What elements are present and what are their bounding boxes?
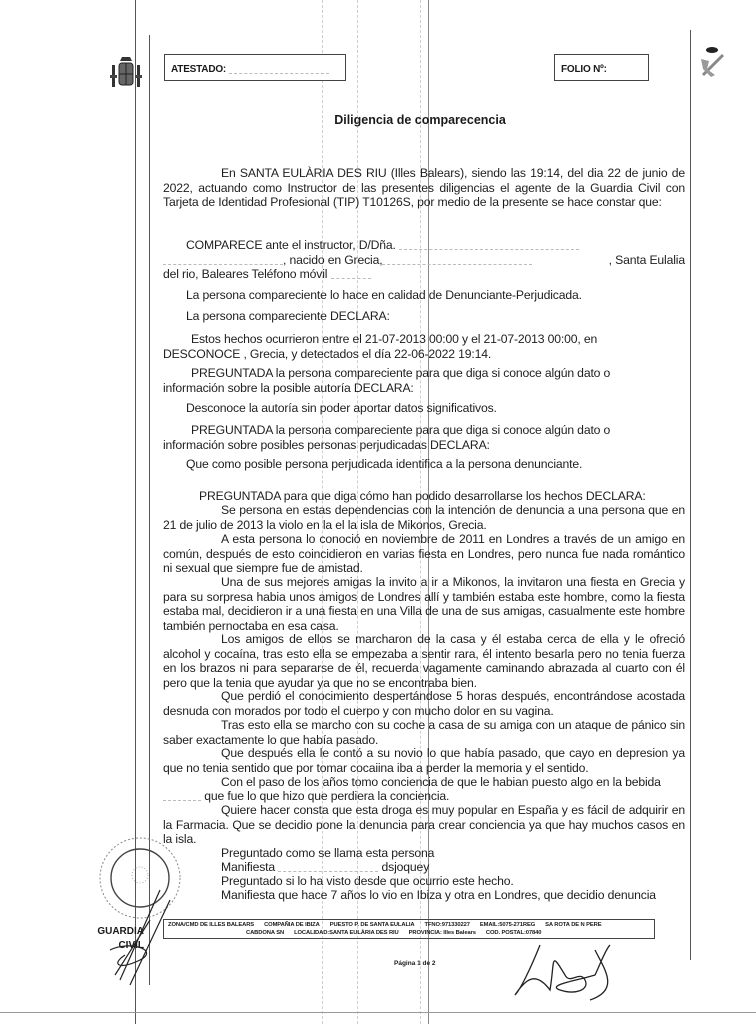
respuesta-perjudicadas: Que como posible persona perjudicada ide…	[186, 457, 582, 472]
declara-line: La persona compareciente DECLARA:	[186, 309, 390, 324]
pregunta-visto: Preguntado si lo ha visto desde que ocur…	[221, 874, 514, 889]
redacted-atestado-number	[229, 65, 329, 74]
hechos-paragraph-8b: que fue lo que hizo que perdiera la conc…	[163, 789, 449, 804]
guardia-civil-emblem-icon	[699, 45, 725, 79]
redacted-phone	[331, 270, 371, 279]
bottom-page-edge	[0, 1012, 756, 1013]
atestado-label: ATESTADO:	[171, 64, 226, 75]
footer-line-2: CABDONA SNLOCALIDAD:SANTA EULÀRIA DES RI…	[168, 929, 654, 937]
footer-address-box: ZONA/CMD DE ILLES BALEARSCOMPAÑIA DE IBI…	[163, 919, 655, 939]
signature-icon	[510, 940, 620, 1005]
right-margin-rule	[690, 30, 691, 960]
pregunta-hechos: PREGUNTADA para que diga cómo han podido…	[199, 489, 646, 504]
respuesta-nombre: Manifiesta dsjoquey	[221, 860, 429, 875]
hechos-paragraph: Estos hechos ocurrieron entre el 21-07-2…	[163, 332, 663, 361]
footer-line-1: ZONA/CMD DE ILLES BALEARSCOMPAÑIA DE IBI…	[168, 921, 654, 929]
redacted-substance	[163, 792, 201, 801]
hechos-paragraph-2: A esta persona lo conoció en noviembre d…	[163, 532, 685, 576]
hechos-paragraph-8a: Con el paso de los años tomo conciencia …	[221, 775, 661, 790]
page-number: Página 1 de 2	[394, 960, 436, 967]
redacted-name	[399, 241, 579, 250]
hechos-paragraph-4: Los amigos de ellos se marcharon de la c…	[163, 632, 685, 690]
folio-field: FOLIO Nº:	[554, 54, 649, 81]
respuesta-autoria: Desconoce la autoría sin poder aportar d…	[186, 401, 497, 416]
pregunta-perjudicadas: PREGUNTADA la persona compareciente para…	[163, 423, 643, 452]
hechos-paragraph-7: Que después ella le contó a su novio lo …	[163, 746, 685, 775]
redacted-suspect-name	[278, 863, 378, 872]
hechos-paragraph-3: Una de sus mejores amigas la invito a ir…	[163, 575, 685, 633]
comparece-text-3: , Santa Eulalia	[609, 253, 685, 268]
hechos-paragraph-1: Se persona en estas dependencias con la …	[163, 503, 685, 532]
intro-paragraph: En SANTA EULÀRIA DES RIU (Illes Balears)…	[163, 166, 685, 210]
comparece-text-2: , nacido en Grecia,	[283, 253, 382, 267]
hechos-paragraph-9: Quiere hacer consta que esta droga es mu…	[163, 803, 685, 847]
comparece-block: COMPARECE ante el instructor, D/Dña. , n…	[163, 238, 685, 282]
respuesta-visto: Manifiesta que hace 7 años lo vio en Ibi…	[221, 888, 656, 903]
folio-label: FOLIO Nº:	[561, 64, 607, 75]
calidad-line: La persona compareciente lo hace en cali…	[186, 288, 582, 303]
spain-coat-of-arms-icon	[110, 55, 142, 93]
atestado-field: ATESTADO:	[164, 54, 346, 81]
pregunta-nombre: Preguntado como se llama esta persona	[221, 846, 434, 861]
comparece-text-1: COMPARECE ante el instructor, D/Dña.	[186, 238, 396, 252]
hechos-paragraph-5: Que perdió el conocimiento despertándose…	[163, 689, 685, 718]
redacted-surname	[163, 256, 283, 265]
document-title: Diligencia de comparecencia	[0, 113, 756, 127]
pregunta-autoria: PREGUNTADA la persona compareciente para…	[163, 366, 643, 395]
signature-icon	[100, 880, 180, 990]
redacted-address	[382, 256, 532, 265]
hechos-paragraph-6: Tras esto ella se marcho con su coche a …	[163, 718, 685, 747]
comparece-text-4: del rio, Baleares Teléfono móvil	[163, 267, 327, 281]
